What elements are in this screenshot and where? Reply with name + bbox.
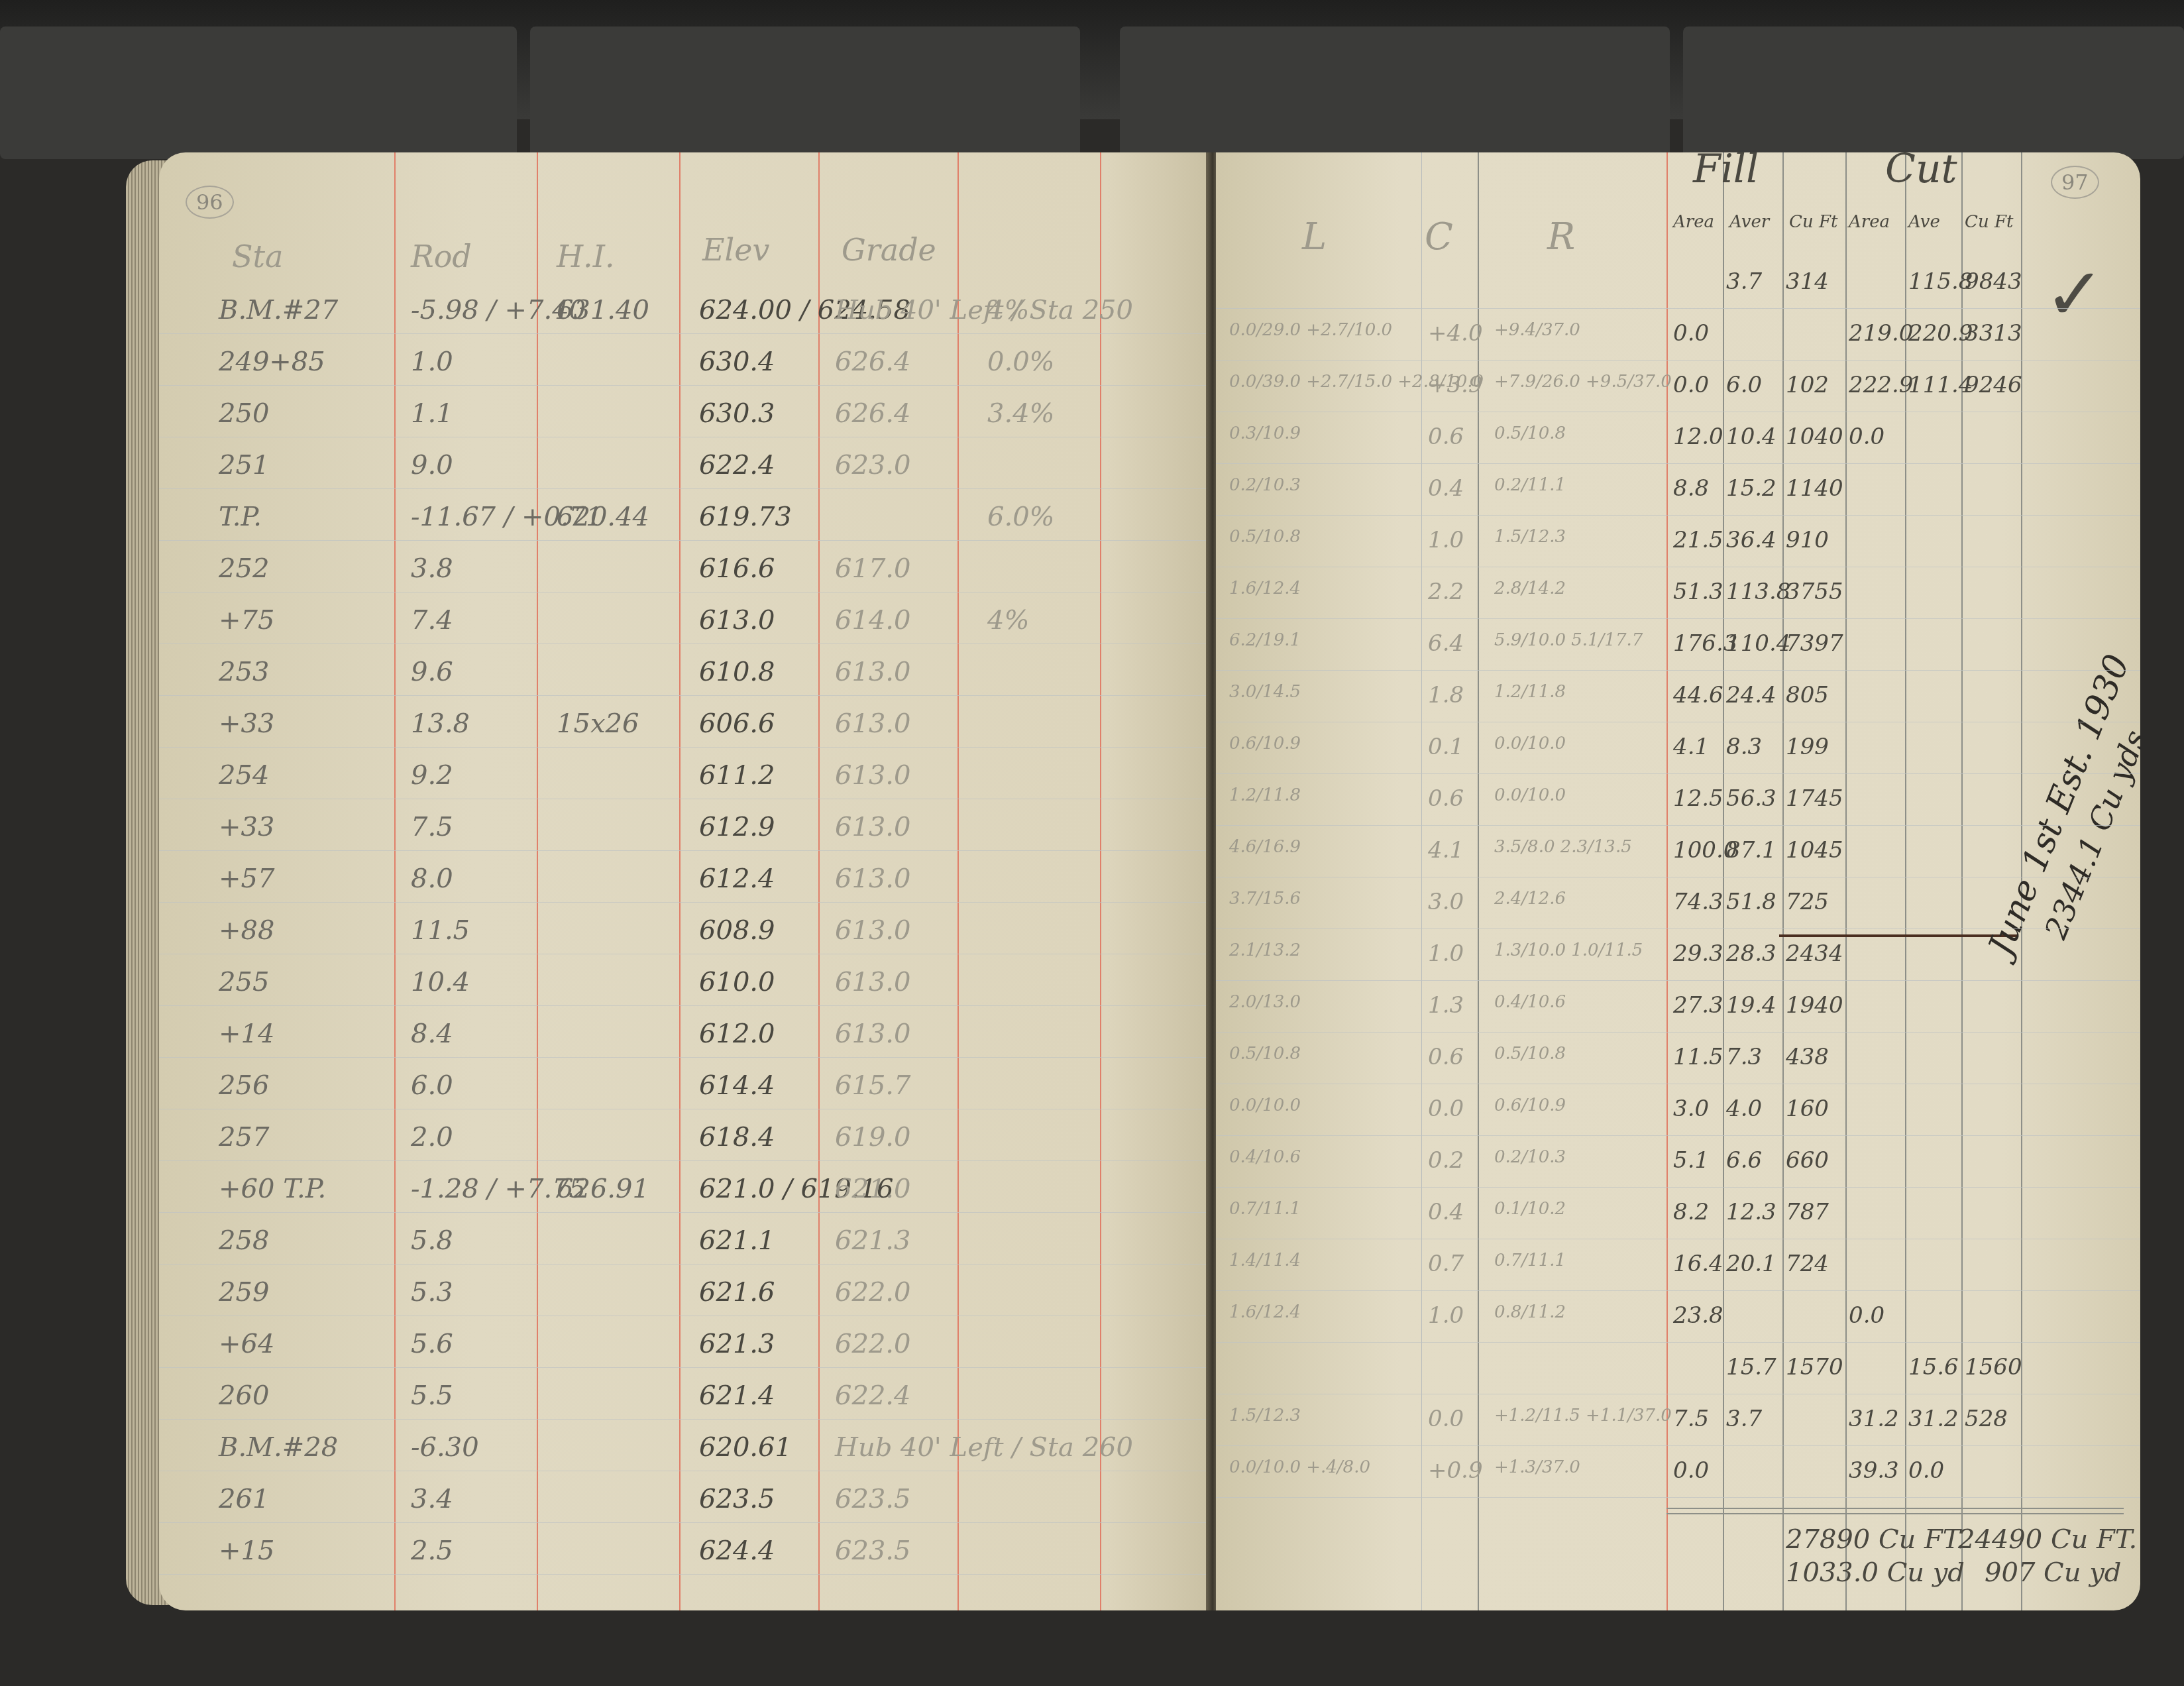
left-page: 96 Sta Rod H.I. Elev Grade B.M.#27-5.98 … xyxy=(159,152,1213,1610)
cut-volume-cell: 3313 xyxy=(1965,320,2022,347)
station-cell: T.P. xyxy=(219,502,262,532)
fill-volume-cell: 2434 xyxy=(1786,940,1843,967)
cut-average-cell: 0.0 xyxy=(1908,1457,1944,1484)
grade-percent-cell: 0.0% xyxy=(987,347,1055,377)
grade-cell: 619.0 xyxy=(835,1122,911,1152)
elevation-cell: 621.4 xyxy=(699,1380,775,1411)
field-notebook: 96 Sta Rod H.I. Elev Grade B.M.#27-5.98 … xyxy=(126,152,2021,1617)
column-rule xyxy=(1782,152,1784,1610)
grid-line xyxy=(1216,1187,2140,1188)
right-offset-cell: 0.4/10.6 xyxy=(1494,992,1566,1012)
left-offset-cell: 1.4/11.4 xyxy=(1229,1251,1301,1270)
rod-cell: 2.5 xyxy=(411,1536,453,1566)
grade-cell: 623.5 xyxy=(835,1484,911,1514)
column-header-fill-cuft: Cu Ft xyxy=(1789,212,1837,232)
fill-average-cell: 24.4 xyxy=(1726,682,1776,708)
hi-cell: 620.44 xyxy=(557,502,649,532)
fill-average-cell: 51.8 xyxy=(1726,889,1776,915)
grid-line xyxy=(1216,567,2140,567)
rod-cell: 7.5 xyxy=(411,812,453,842)
grade-cell: Hub 40' Left / Sta 250 xyxy=(835,295,1133,325)
ruled-line xyxy=(159,1264,1213,1264)
column-header-rod: Rod xyxy=(411,239,472,274)
fill-average-cell: 6.0 xyxy=(1726,372,1762,398)
grid-line xyxy=(1216,463,2140,464)
fill-volume-cell: 725 xyxy=(1786,889,1829,915)
grade-cell: Hub 40' Left / Sta 260 xyxy=(835,1432,1133,1463)
fill-average-cell: 15.2 xyxy=(1726,475,1776,502)
fill-volume-cell: 1570 xyxy=(1786,1354,1843,1380)
fill-average-cell: 12.3 xyxy=(1726,1199,1776,1225)
right-offset-cell: +1.3/37.0 xyxy=(1494,1457,1580,1477)
center-cut-cell: +0.9 xyxy=(1428,1457,1483,1484)
grade-percent-cell: 4% xyxy=(987,605,1029,636)
elevation-cell: 621.6 xyxy=(699,1277,775,1308)
station-cell: 249+85 xyxy=(219,347,325,377)
elevation-cell: 611.2 xyxy=(699,760,775,791)
right-page: 97 Fill Cut L C R Area Aver Cu Ft Area A… xyxy=(1216,152,2140,1610)
fill-area-cell: 8.8 xyxy=(1673,475,1709,502)
center-cut-cell: 0.0 xyxy=(1428,1096,1464,1122)
ruled-line xyxy=(159,385,1213,386)
ruled-line xyxy=(159,1005,1213,1006)
rod-cell: 6.0 xyxy=(411,1070,453,1101)
rod-cell: 10.4 xyxy=(411,967,470,997)
elevation-cell: 621.1 xyxy=(699,1225,775,1256)
page-number: 97 xyxy=(2051,166,2099,199)
left-offset-cell: 1.2/11.8 xyxy=(1229,785,1301,805)
station-cell: +33 xyxy=(219,708,274,739)
fill-area-cell: 5.1 xyxy=(1673,1147,1709,1174)
scanner-panel xyxy=(530,27,1080,159)
fill-average-cell: 15.7 xyxy=(1726,1354,1776,1380)
ruled-line xyxy=(159,488,1213,489)
center-cut-cell: 0.4 xyxy=(1428,1199,1464,1225)
fill-area-cell: 27.3 xyxy=(1673,992,1723,1019)
fill-average-cell: 110.4 xyxy=(1726,630,1790,657)
ruled-line xyxy=(159,1471,1213,1471)
center-cut-cell: +3.9 xyxy=(1428,372,1483,398)
left-offset-cell: 0.6/10.9 xyxy=(1229,734,1301,754)
left-offset-cell: 0.0/29.0 +2.7/10.0 xyxy=(1229,320,1392,340)
center-cut-cell: 0.1 xyxy=(1428,734,1464,760)
left-offset-cell: 1.5/12.3 xyxy=(1229,1406,1301,1426)
grid-line xyxy=(1216,825,2140,826)
ruled-line xyxy=(159,644,1213,644)
grade-cell: 623.5 xyxy=(835,1536,911,1566)
cut-average-cell: 31.2 xyxy=(1908,1406,1959,1432)
right-offset-cell: 0.2/11.1 xyxy=(1494,475,1566,495)
center-cut-cell: 2.2 xyxy=(1428,579,1464,605)
rod-cell: 13.8 xyxy=(411,708,470,739)
rod-cell: 1.1 xyxy=(411,398,453,429)
left-offset-cell: 2.1/13.2 xyxy=(1229,940,1301,960)
fill-volume-cell: 438 xyxy=(1786,1044,1829,1070)
cut-average-cell: 111.4 xyxy=(1908,372,1973,398)
column-rule xyxy=(1961,152,1963,1610)
elevation-cell: 612.9 xyxy=(699,812,775,842)
hi-cell: 15x26 xyxy=(557,708,639,739)
ruled-line xyxy=(159,1316,1213,1316)
column-header-sta: Sta xyxy=(232,239,283,274)
rod-cell: 5.3 xyxy=(411,1277,453,1308)
right-offset-cell: 0.2/10.3 xyxy=(1494,1147,1566,1167)
cut-total-cuyd: 907 Cu yd xyxy=(1985,1557,2121,1588)
fill-area-cell: 74.3 xyxy=(1673,889,1723,915)
right-offset-cell: 0.6/10.9 xyxy=(1494,1096,1566,1115)
elevation-cell: 619.73 xyxy=(699,502,792,532)
cut-total-cuft: 24490 Cu FT. xyxy=(1958,1524,2137,1555)
grade-cell: 613.0 xyxy=(835,967,911,997)
station-cell: +64 xyxy=(219,1329,274,1359)
ruled-line xyxy=(159,1367,1213,1368)
elevation-cell: 610.8 xyxy=(699,657,775,687)
station-cell: +33 xyxy=(219,812,274,842)
left-offset-cell: 1.6/12.4 xyxy=(1229,579,1301,598)
fill-volume-cell: 1940 xyxy=(1786,992,1843,1019)
cut-volume-cell: 1560 xyxy=(1965,1354,2022,1380)
fill-average-cell: 20.1 xyxy=(1726,1251,1776,1277)
column-header-cut-area: Area xyxy=(1849,212,1890,232)
fill-total-cuft: 27890 Cu FT. xyxy=(1786,1524,1965,1555)
fill-area-cell: 0.0 xyxy=(1673,320,1709,347)
fill-area-cell: 12.0 xyxy=(1673,423,1723,450)
center-cut-cell: 0.4 xyxy=(1428,475,1464,502)
column-rule xyxy=(537,152,538,1610)
station-cell: 252 xyxy=(219,553,269,584)
station-cell: +60 T.P. xyxy=(219,1174,326,1204)
grid-line xyxy=(1216,1135,2140,1136)
grid-line xyxy=(1216,1032,2140,1033)
fill-volume-cell: 1140 xyxy=(1786,475,1843,502)
fill-area-cell: 21.5 xyxy=(1673,527,1723,553)
left-offset-cell: 3.0/14.5 xyxy=(1229,682,1301,702)
cut-average-cell: 115.8 xyxy=(1908,268,1973,295)
column-rule xyxy=(1905,152,1906,1610)
left-offset-cell: 0.0/10.0 +.4/8.0 xyxy=(1229,1457,1370,1477)
total-rule xyxy=(1666,1508,2124,1514)
fill-area-cell: 16.4 xyxy=(1673,1251,1723,1277)
grade-cell: 622.4 xyxy=(835,1380,911,1411)
cut-area-cell: 39.3 xyxy=(1849,1457,1899,1484)
station-cell: B.M.#28 xyxy=(219,1432,338,1463)
rod-cell: 8.0 xyxy=(411,864,453,894)
fill-volume-cell: 160 xyxy=(1786,1096,1829,1122)
center-cut-cell: +4.0 xyxy=(1428,320,1483,347)
ruled-line xyxy=(159,1574,1213,1575)
left-offset-cell: 6.2/19.1 xyxy=(1229,630,1301,650)
ruled-line xyxy=(159,1419,1213,1420)
elevation-cell: 616.6 xyxy=(699,553,775,584)
grid-line xyxy=(1216,1342,2140,1343)
cut-area-cell: 0.0 xyxy=(1849,423,1884,450)
grade-cell: 622.0 xyxy=(835,1329,911,1359)
cut-volume-cell: 9843 xyxy=(1965,268,2022,295)
center-cut-cell: 0.6 xyxy=(1428,423,1464,450)
cut-area-cell: 0.0 xyxy=(1849,1302,1884,1329)
cut-volume-cell: 528 xyxy=(1965,1406,2008,1432)
right-offset-cell: 0.1/10.2 xyxy=(1494,1199,1566,1219)
ruled-line xyxy=(159,850,1213,851)
station-cell: +57 xyxy=(219,864,274,894)
station-cell: +88 xyxy=(219,915,274,946)
ruled-line xyxy=(159,333,1213,334)
station-cell: 260 xyxy=(219,1380,269,1411)
rod-cell: 1.0 xyxy=(411,347,453,377)
column-header-fill-aver: Aver xyxy=(1729,212,1769,232)
fill-area-cell: 44.6 xyxy=(1673,682,1723,708)
cut-area-cell: 222.9 xyxy=(1849,372,1913,398)
left-offset-cell: 1.6/12.4 xyxy=(1229,1302,1301,1322)
grid-line xyxy=(1216,670,2140,671)
rod-cell: 2.0 xyxy=(411,1122,453,1152)
grade-cell: 613.0 xyxy=(835,812,911,842)
column-rule xyxy=(1845,152,1847,1610)
grid-line xyxy=(1216,1394,2140,1394)
ruled-line xyxy=(159,1212,1213,1213)
fill-area-cell: 8.2 xyxy=(1673,1199,1709,1225)
grade-cell: 617.0 xyxy=(835,553,911,584)
column-header-elev: Elev xyxy=(702,232,770,268)
left-offset-cell: 4.6/16.9 xyxy=(1229,837,1301,857)
fill-area-cell: 11.5 xyxy=(1673,1044,1723,1070)
fill-volume-cell: 805 xyxy=(1786,682,1829,708)
rod-cell: 3.4 xyxy=(411,1484,453,1514)
column-header-cut-cuft: Cu Ft xyxy=(1965,212,2013,232)
fill-area-cell: 23.8 xyxy=(1673,1302,1723,1329)
fill-volume-cell: 3755 xyxy=(1786,579,1843,605)
right-offset-cell: 3.5/8.0 2.3/13.5 xyxy=(1494,837,1632,857)
column-rule xyxy=(1100,152,1101,1610)
center-cut-cell: 0.2 xyxy=(1428,1147,1464,1174)
fill-average-cell: 19.4 xyxy=(1726,992,1776,1019)
station-cell: +75 xyxy=(219,605,274,636)
ink-underline xyxy=(1779,934,2018,937)
grid-line xyxy=(1216,722,2140,722)
center-cut-cell: 0.0 xyxy=(1428,1406,1464,1432)
grid-line xyxy=(1216,412,2140,412)
station-cell: 255 xyxy=(219,967,269,997)
grid-line xyxy=(1216,1445,2140,1446)
column-rule xyxy=(957,152,959,1610)
left-offset-cell: 0.5/10.8 xyxy=(1229,1044,1301,1064)
ruled-line xyxy=(159,1057,1213,1058)
elevation-cell: 610.0 xyxy=(699,967,775,997)
fill-area-cell: 0.0 xyxy=(1673,372,1709,398)
rod-cell: -6.30 xyxy=(411,1432,479,1463)
elevation-cell: 612.0 xyxy=(699,1019,775,1049)
ruled-line xyxy=(159,902,1213,903)
grid-line xyxy=(1216,515,2140,516)
grid-line xyxy=(1216,1084,2140,1084)
column-header-hi: H.I. xyxy=(557,239,615,274)
grid-line xyxy=(1216,980,2140,981)
left-offset-cell: 0.3/10.9 xyxy=(1229,423,1301,443)
grade-cell: 613.0 xyxy=(835,708,911,739)
grid-line xyxy=(1216,928,2140,929)
rod-cell: 8.4 xyxy=(411,1019,453,1049)
elevation-cell: 630.4 xyxy=(699,347,775,377)
fill-volume-cell: 314 xyxy=(1786,268,1829,295)
fill-average-cell: 6.6 xyxy=(1726,1147,1762,1174)
column-rule xyxy=(1666,152,1668,1610)
grade-cell: 626.4 xyxy=(835,398,911,429)
column-rule xyxy=(1421,152,1422,1610)
elevation-cell: 614.4 xyxy=(699,1070,775,1101)
cut-area-cell: 219.0 xyxy=(1849,320,1913,347)
fill-area-cell: 7.5 xyxy=(1673,1406,1709,1432)
rod-cell: 5.6 xyxy=(411,1329,453,1359)
column-rule xyxy=(394,152,396,1610)
right-offset-cell: 2.8/14.2 xyxy=(1494,579,1566,598)
checkmark-icon: ✓ xyxy=(2044,252,2105,337)
right-offset-cell: 0.7/11.1 xyxy=(1494,1251,1566,1270)
center-cut-cell: 0.7 xyxy=(1428,1251,1464,1277)
fill-volume-cell: 199 xyxy=(1786,734,1829,760)
fill-volume-cell: 660 xyxy=(1786,1147,1829,1174)
hi-cell: 631.40 xyxy=(557,295,649,325)
column-header-left: L xyxy=(1302,215,1327,258)
grade-cell: 622.0 xyxy=(835,1277,911,1308)
right-offset-cell: 0.8/11.2 xyxy=(1494,1302,1566,1322)
fill-average-cell: 3.7 xyxy=(1726,268,1762,295)
elevation-cell: 612.4 xyxy=(699,864,775,894)
fill-average-cell: 3.7 xyxy=(1726,1406,1762,1432)
grade-percent-cell: 4% xyxy=(987,295,1029,325)
fill-average-cell: 36.4 xyxy=(1726,527,1776,553)
grid-line xyxy=(1216,618,2140,619)
column-header-center: C xyxy=(1425,215,1453,258)
grade-percent-cell: 6.0% xyxy=(987,502,1055,532)
fill-total-cuyd: 1033.0 Cu yd xyxy=(1786,1557,1965,1588)
station-cell: 256 xyxy=(219,1070,269,1101)
fill-volume-cell: 787 xyxy=(1786,1199,1829,1225)
center-cut-cell: 4.1 xyxy=(1428,837,1464,864)
fill-area-cell: 4.1 xyxy=(1673,734,1709,760)
grade-cell: 613.0 xyxy=(835,760,911,791)
left-offset-cell: 0.4/10.6 xyxy=(1229,1147,1301,1167)
fill-volume-cell: 724 xyxy=(1786,1251,1829,1277)
station-cell: B.M.#27 xyxy=(219,295,338,325)
right-offset-cell: 1.2/11.8 xyxy=(1494,682,1566,702)
ruled-line xyxy=(159,1160,1213,1161)
right-offset-cell: 0.0/10.0 xyxy=(1494,734,1566,754)
grid-line xyxy=(1216,360,2140,361)
right-offset-cell: 0.5/10.8 xyxy=(1494,1044,1566,1064)
center-cut-cell: 1.3 xyxy=(1428,992,1464,1019)
grid-line xyxy=(1216,1290,2140,1291)
center-cut-cell: 3.0 xyxy=(1428,889,1464,915)
grade-cell: 621.3 xyxy=(835,1225,911,1256)
center-cut-cell: 6.4 xyxy=(1428,630,1464,657)
grade-cell: 614.0 xyxy=(835,605,911,636)
ruled-line xyxy=(159,592,1213,592)
grade-cell: 613.0 xyxy=(835,915,911,946)
cut-section-header: Cut xyxy=(1885,152,1957,192)
right-offset-cell: 0.0/10.0 xyxy=(1494,785,1566,805)
elevation-cell: 620.61 xyxy=(699,1432,792,1463)
column-header-fill-area: Area xyxy=(1673,212,1714,232)
fill-average-cell: 113.8 xyxy=(1726,579,1790,605)
fill-volume-cell: 1040 xyxy=(1786,423,1843,450)
station-cell: 251 xyxy=(219,450,269,480)
fill-area-cell: 3.0 xyxy=(1673,1096,1709,1122)
ruled-line xyxy=(159,799,1213,799)
fill-volume-cell: 910 xyxy=(1786,527,1829,553)
ruled-line xyxy=(159,540,1213,541)
elevation-cell: 622.4 xyxy=(699,450,775,480)
fill-volume-cell: 7397 xyxy=(1786,630,1843,657)
grade-cell: 621.0 xyxy=(835,1174,911,1204)
grid-line xyxy=(1216,1497,2140,1498)
fill-area-cell: 29.3 xyxy=(1673,940,1723,967)
station-cell: 254 xyxy=(219,760,269,791)
cut-volume-cell: 9246 xyxy=(1965,372,2022,398)
grid-line xyxy=(1216,773,2140,774)
scanner-panel xyxy=(1683,27,2184,159)
ruled-line xyxy=(159,1522,1213,1523)
elevation-cell: 621.3 xyxy=(699,1329,775,1359)
ruled-line xyxy=(159,747,1213,748)
grade-cell: 613.0 xyxy=(835,657,911,687)
right-offset-cell: +7.9/26.0 +9.5/37.0 xyxy=(1494,372,1672,392)
station-cell: 258 xyxy=(219,1225,269,1256)
rod-cell: 5.8 xyxy=(411,1225,453,1256)
center-cut-cell: 1.8 xyxy=(1428,682,1464,708)
station-cell: 261 xyxy=(219,1484,269,1514)
right-offset-cell: 5.9/10.0 5.1/17.7 xyxy=(1494,630,1643,650)
elevation-cell: 624.4 xyxy=(699,1536,775,1566)
center-cut-cell: 1.0 xyxy=(1428,940,1464,967)
station-cell: +14 xyxy=(219,1019,274,1049)
center-cut-cell: 1.0 xyxy=(1428,1302,1464,1329)
station-cell: 250 xyxy=(219,398,269,429)
column-rule xyxy=(818,152,820,1610)
center-cut-cell: 1.0 xyxy=(1428,527,1464,553)
elevation-cell: 613.0 xyxy=(699,605,775,636)
scanner-panel xyxy=(0,27,517,159)
fill-volume-cell: 1745 xyxy=(1786,785,1843,812)
ruled-line xyxy=(159,1109,1213,1109)
right-offset-cell: 1.3/10.0 1.0/11.5 xyxy=(1494,940,1643,960)
fill-section-header: Fill xyxy=(1693,152,1759,192)
fill-area-cell: 0.0 xyxy=(1673,1457,1709,1484)
center-cut-cell: 0.6 xyxy=(1428,785,1464,812)
cut-average-cell: 15.6 xyxy=(1908,1354,1959,1380)
station-cell: 259 xyxy=(219,1277,269,1308)
grade-percent-cell: 3.4% xyxy=(987,398,1055,429)
elevation-cell: 630.3 xyxy=(699,398,775,429)
hi-cell: 626.91 xyxy=(557,1174,649,1204)
rod-cell: 7.4 xyxy=(411,605,453,636)
grade-cell: 613.0 xyxy=(835,864,911,894)
station-cell: 257 xyxy=(219,1122,269,1152)
fill-volume-cell: 1045 xyxy=(1786,837,1843,864)
elevation-cell: 618.4 xyxy=(699,1122,775,1152)
fill-average-cell: 4.0 xyxy=(1726,1096,1762,1122)
ruled-line xyxy=(159,695,1213,696)
column-rule xyxy=(1723,152,1724,1610)
fill-average-cell: 28.3 xyxy=(1726,940,1776,967)
grade-cell: 626.4 xyxy=(835,347,911,377)
left-offset-cell: 0.7/11.1 xyxy=(1229,1199,1301,1219)
column-header-grade: Grade xyxy=(842,232,936,268)
rod-cell: 11.5 xyxy=(411,915,470,946)
cut-area-cell: 31.2 xyxy=(1849,1406,1899,1432)
grid-line xyxy=(1216,308,2140,309)
grid-line xyxy=(1216,877,2140,877)
ruled-line xyxy=(159,954,1213,954)
